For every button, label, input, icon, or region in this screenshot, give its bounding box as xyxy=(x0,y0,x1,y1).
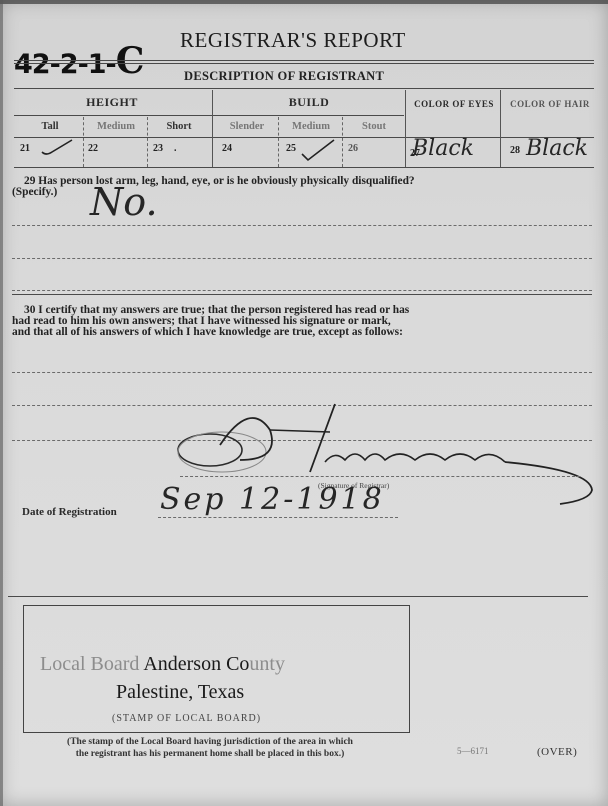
form-number: 5—6171 xyxy=(457,746,489,756)
col-medium-height-label: Medium xyxy=(84,121,148,132)
serial-number: 42-2-1-C xyxy=(14,40,143,82)
title-rule xyxy=(14,60,594,61)
q29-specify: (Specify.) xyxy=(12,187,57,198)
date-line xyxy=(158,517,398,518)
col-tall-label: Tall xyxy=(18,121,82,132)
col-stout-label: Stout xyxy=(344,121,404,132)
cell-25-number: 25 xyxy=(286,143,296,154)
date-value: Sep 12-1918 xyxy=(160,482,385,517)
section-rule xyxy=(12,294,592,295)
title-rule-2 xyxy=(14,63,594,64)
col-short-label: Short xyxy=(148,121,210,132)
col-divider xyxy=(83,117,84,167)
answer-line xyxy=(12,290,592,291)
stamp-line1: Local Board Anderson County xyxy=(40,653,285,676)
subheader-rule xyxy=(14,115,404,116)
col-medium-build-label: Medium xyxy=(280,121,342,132)
q29-answer: No. xyxy=(90,180,158,224)
group-eyes-label: COLOR OF EYES xyxy=(408,100,500,109)
cell-23-value: . xyxy=(174,143,177,154)
answer-line xyxy=(12,258,592,259)
col-slender-label: Slender xyxy=(216,121,278,132)
col-divider xyxy=(278,117,279,167)
col-divider xyxy=(147,117,148,167)
signature-line xyxy=(180,476,580,477)
over-label: (OVER) xyxy=(537,746,577,758)
checkmark-icon xyxy=(38,138,78,158)
stamp-instructions: (The stamp of the Local Board having jur… xyxy=(20,736,400,760)
bottom-section-rule xyxy=(8,596,588,597)
page-title: REGISTRAR'S REPORT xyxy=(180,28,406,53)
hair-color-value: Black xyxy=(526,136,588,161)
cell-26-number: 26 xyxy=(348,143,358,154)
cell-22-number: 22 xyxy=(88,143,98,154)
subtitle-rule xyxy=(14,88,594,89)
card-top-edge xyxy=(0,0,608,4)
cell-21-number: 21 xyxy=(20,143,30,154)
group-divider xyxy=(212,90,213,167)
group-hair-label: COLOR OF HAIR xyxy=(504,100,596,109)
eye-color-value: Black xyxy=(412,136,474,161)
cell-23-number: 23 xyxy=(153,143,163,154)
registrar-report-card: 42-2-1-C REGISTRAR'S REPORT DESCRIPTION … xyxy=(0,0,608,806)
table-bottom-rule xyxy=(14,167,594,168)
answer-line xyxy=(12,372,592,373)
card-left-edge xyxy=(0,0,3,806)
stamp-line2: Palestine, Texas xyxy=(116,681,244,704)
col-divider xyxy=(342,117,343,167)
cell-24-number: 24 xyxy=(222,143,232,154)
stamp-caption: (STAMP OF LOCAL BOARD) xyxy=(112,713,261,724)
q30-line3: and that all of his answers of which I h… xyxy=(12,327,403,338)
group-divider xyxy=(405,90,406,167)
answer-line xyxy=(12,225,592,226)
section-subtitle: DESCRIPTION OF REGISTRANT xyxy=(184,69,384,84)
group-build-label: BUILD xyxy=(214,95,404,110)
checkmark-icon xyxy=(300,138,340,162)
date-label: Date of Registration xyxy=(22,506,117,518)
group-height-label: HEIGHT xyxy=(14,95,210,110)
serial-letter: C xyxy=(116,40,144,82)
group-divider xyxy=(500,90,501,167)
cell-28-number: 28 xyxy=(510,145,520,156)
